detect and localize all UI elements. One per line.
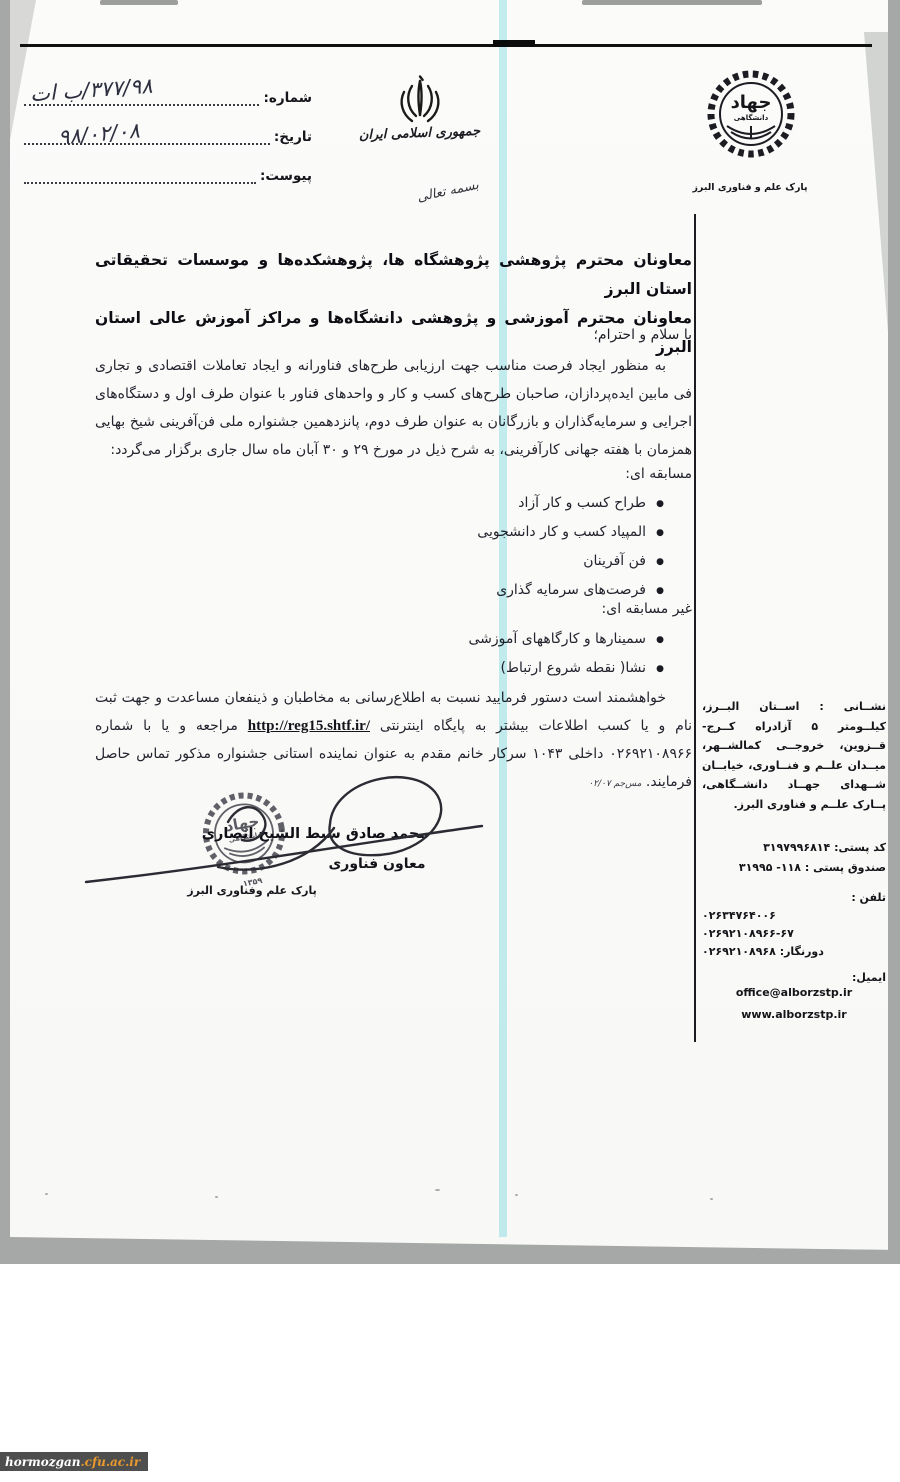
recipient-line-1: معاونان محترم پژوهشی پژوهشگاه ها، پژوهشک… (95, 246, 692, 304)
jahad-daneshgahi-logo: جهاد دانشگاهی (703, 68, 799, 166)
scan-speck (45, 1193, 48, 1195)
phone-number: ۰۲۶۳۴۷۶۴۰۰۶ (702, 909, 886, 922)
header-rule (20, 44, 872, 47)
attachment-label: پیوست: (260, 168, 312, 184)
website-url[interactable]: www.alborzstp.ir (702, 1008, 886, 1021)
list-item: طراح کسب و کار آزاد (95, 489, 692, 518)
svg-text:دانشگاهی: دانشگاهی (734, 113, 769, 122)
salutation: با سلام و احترام؛ (95, 327, 692, 343)
scan-speck (710, 1198, 713, 1200)
list-item: فن آفرینان (95, 547, 692, 576)
competitive-section-label: مسابقه ای: (95, 466, 692, 482)
scan-artifact (100, 0, 178, 5)
scanned-letter-page: { "header": { "fields": { "number_label"… (0, 0, 900, 1482)
noncompetitive-section-label: غیر مسابقه ای: (95, 601, 692, 617)
recipient-lines: معاونان محترم پژوهشی پژوهشگاه ها، پژوهشک… (95, 246, 692, 362)
competitive-list: طراح کسب و کار آزاد المپیاد کسب و کار دا… (95, 489, 692, 605)
watermark-suffix: .cfu.ac.ir (80, 1455, 140, 1469)
logo-caption: پارک علم و فناوری البرز (692, 182, 808, 193)
sidebar-divider (694, 214, 696, 1042)
watermark-bar: hormozgan.cfu.ac.ir (0, 1452, 148, 1471)
phone-label: تلفن : (702, 891, 886, 904)
date-label: تاریخ: (274, 129, 312, 145)
registration-url[interactable]: http://reg15.shtf.ir/ (248, 718, 370, 734)
body-paragraph-1: به منظور ایجاد فرصت مناسب جهت ارزیابی طر… (95, 352, 692, 464)
list-item: نشا( نقطه شروع ارتباط) (95, 654, 692, 683)
phone-number: ۰۲۶۹۲۱۰۸۹۶۶-۶۷ (702, 927, 886, 940)
handwritten-signature (78, 766, 498, 898)
email-address[interactable]: office@alborzstp.ir (702, 986, 886, 999)
attachment-row: پیوست: (24, 162, 312, 184)
scan-artifact (582, 0, 762, 5)
po-box: صندوق پستی : ۱۱۸- ۳۱۹۹۵ (702, 861, 886, 874)
scanner-streak-artifact (499, 0, 507, 1237)
noncompetitive-list: سمینارها و کارگاههای آموزشی نشا( نقطه شر… (95, 625, 692, 683)
list-item: المپیاد کسب و کار دانشجویی (95, 518, 692, 547)
scan-speck (215, 1196, 218, 1198)
postal-code: کد پستی: ۳۱۹۷۹۹۶۸۱۴ (702, 841, 886, 854)
scan-speck (435, 1189, 440, 1191)
scan-speck (515, 1194, 518, 1196)
iran-emblem-icon (394, 74, 446, 128)
email-label: ایمیل: (702, 971, 886, 984)
watermark-site: hormozgan (5, 1455, 80, 1469)
sidebar-address: نشــانی : اســتان البــرز، کیلــومتر ۵ آ… (702, 697, 886, 814)
list-item: سمینارها و کارگاههای آموزشی (95, 625, 692, 654)
handwritten-margin-note: مس‌جم ۰۲/۰۷ (588, 779, 641, 789)
svg-text:جهاد: جهاد (731, 92, 772, 113)
attachment-dotted-line (24, 168, 256, 184)
fax-number: دورنگار: ۰۲۶۹۲۱۰۸۹۶۸ (702, 945, 886, 958)
body-paragraph-1-text: به منظور ایجاد فرصت مناسب جهت ارزیابی طر… (95, 358, 692, 458)
number-label: شماره: (263, 90, 312, 106)
